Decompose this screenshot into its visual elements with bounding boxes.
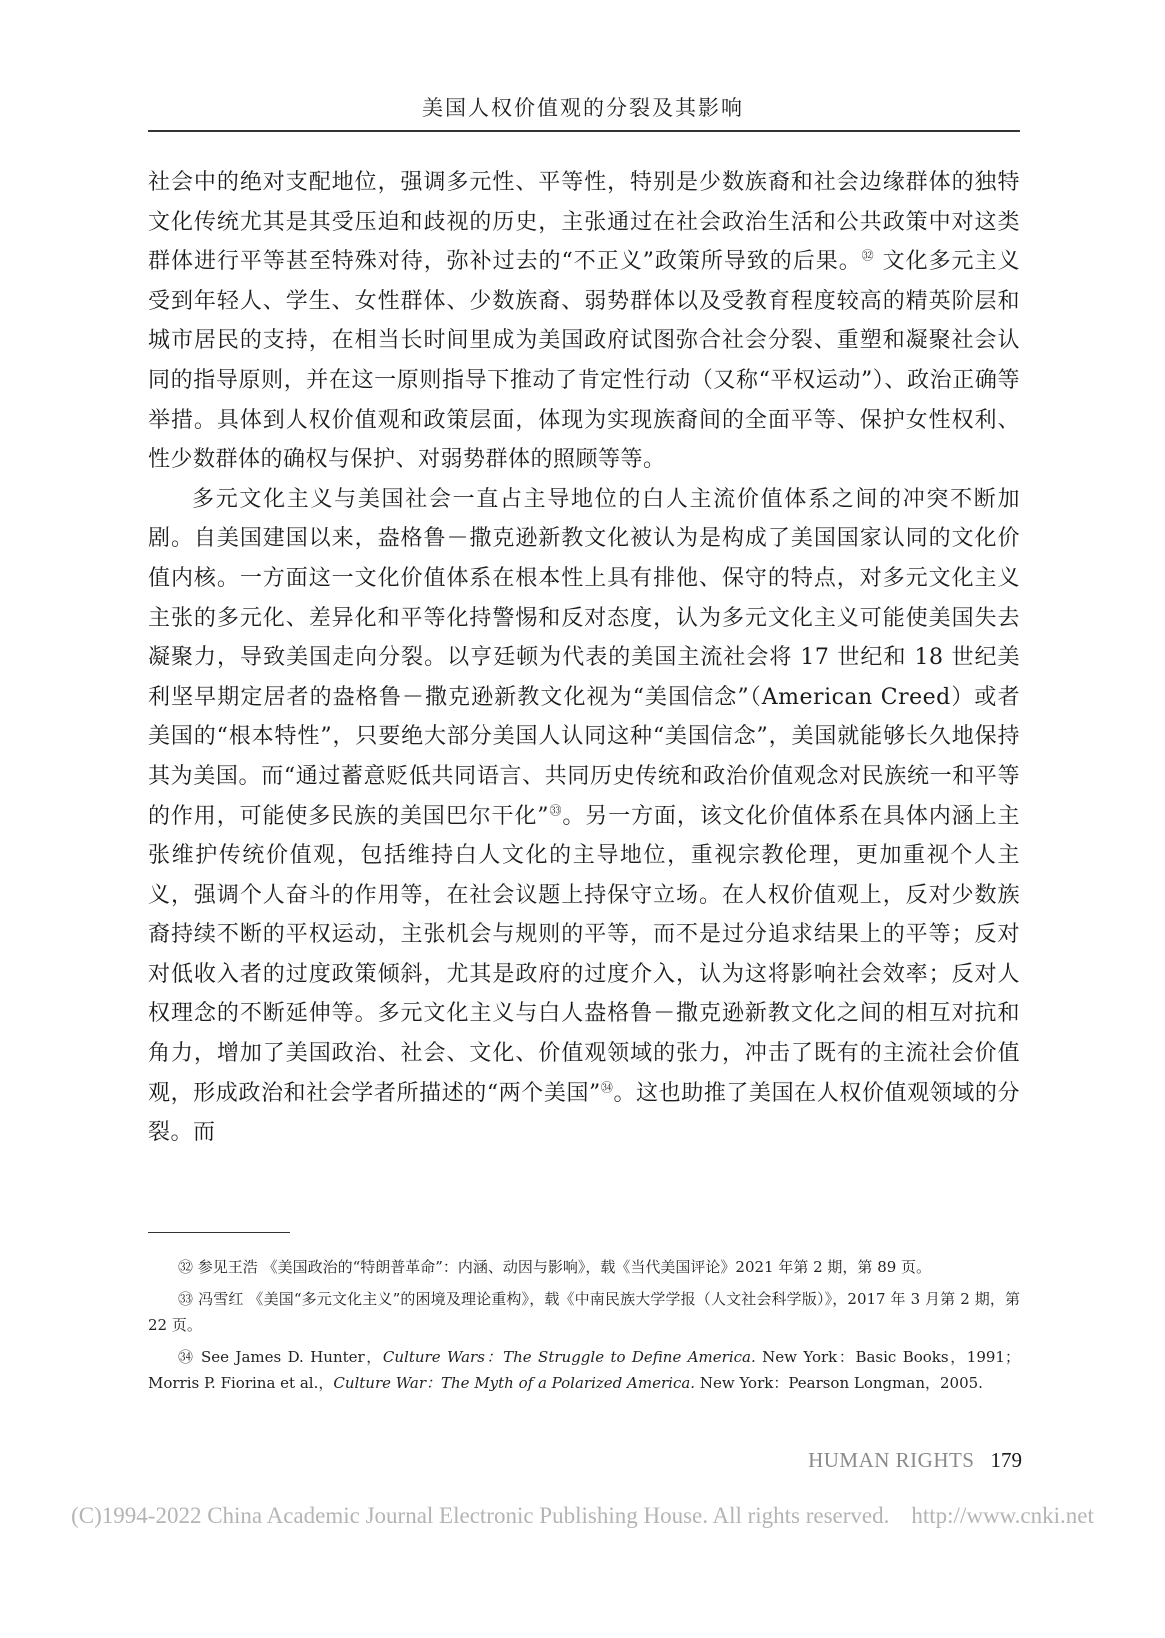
footnotes: ㉜ 参见王浩 《美国政治的“特朗普革命”：内涵、动因与影响》，载《当代美国评论》… <box>148 1254 1020 1402</box>
footnote-32: ㉜ 参见王浩 《美国政治的“特朗普革命”：内涵、动因与影响》，载《当代美国评论》… <box>148 1254 1020 1280</box>
footnote-marker: ㉝ <box>178 1290 193 1308</box>
footnote-marker: ㉜ <box>178 1258 193 1276</box>
paragraph-2-text-2: 。另一方面，该文化价值体系在具体内涵上主张维护传统价值观，包括维持白人文化的主导… <box>148 804 1020 1106</box>
journal-name: HUMAN RIGHTS <box>808 1448 974 1472</box>
book-title: Culture Wars：The Struggle to Define Amer… <box>383 1348 756 1366</box>
book-title: Culture War：The Myth of a Polarized Amer… <box>333 1374 695 1392</box>
page-number: 179 <box>991 1448 1023 1472</box>
page-footer: HUMAN RIGHTS179 <box>700 1448 1022 1473</box>
paragraph-2-text-1: 多元文化主义与美国社会一直占主导地位的白人主流价值体系之间的冲突不断加剧。自美国… <box>148 487 1020 829</box>
footnote-ref-34[interactable]: ㉞ <box>601 1080 614 1094</box>
copyright-watermark: (C)1994-2022 China Academic Journal Elec… <box>10 1503 1155 1529</box>
footnote-text-part: New York：Pearson Longman，2005. <box>695 1374 983 1392</box>
running-header-title: 美国人权价值观的分裂及其影响 <box>148 92 1018 122</box>
copyright-text: (C)1994-2022 China Academic Journal Elec… <box>71 1503 889 1528</box>
paragraph-1-text-2: 文化多元主义受到年轻人、学生、女性群体、少数族裔、弱势群体以及受教育程度较高的精… <box>148 249 1020 472</box>
paragraph-1: 社会中的绝对支配地位，强调多元性、平等性，特别是少数族裔和社会边缘群体的独特文化… <box>148 163 1020 480</box>
footnote-text-part: See James D. Hunter， <box>201 1348 383 1366</box>
footnote-ref-32[interactable]: ㉜ <box>862 249 875 263</box>
footnote-marker: ㉞ <box>178 1348 195 1366</box>
footnote-text: 参见王浩 《美国政治的“特朗普革命”：内涵、动因与影响》，载《当代美国评论》20… <box>198 1258 931 1276</box>
cnki-url[interactable]: http://www.cnki.net <box>911 1503 1093 1528</box>
footnote-34: ㉞ See James D. Hunter，Culture Wars：The S… <box>148 1344 1020 1396</box>
footnote-text: 冯雪红 《美国“多元文化主义”的困境及理论重构》，载《中南民族大学学报（人文社会… <box>148 1290 1020 1334</box>
footnote-33: ㉝ 冯雪红 《美国“多元文化主义”的困境及理论重构》，载《中南民族大学学报（人文… <box>148 1286 1020 1338</box>
header-rule <box>148 130 1020 132</box>
footnote-ref-33[interactable]: ㉝ <box>549 803 562 817</box>
body-text: 社会中的绝对支配地位，强调多元性、平等性，特别是少数族裔和社会边缘群体的独特文化… <box>148 163 1020 1153</box>
paragraph-2: 多元文化主义与美国社会一直占主导地位的白人主流价值体系之间的冲突不断加剧。自美国… <box>148 480 1020 1153</box>
footnote-rule <box>148 1232 290 1233</box>
